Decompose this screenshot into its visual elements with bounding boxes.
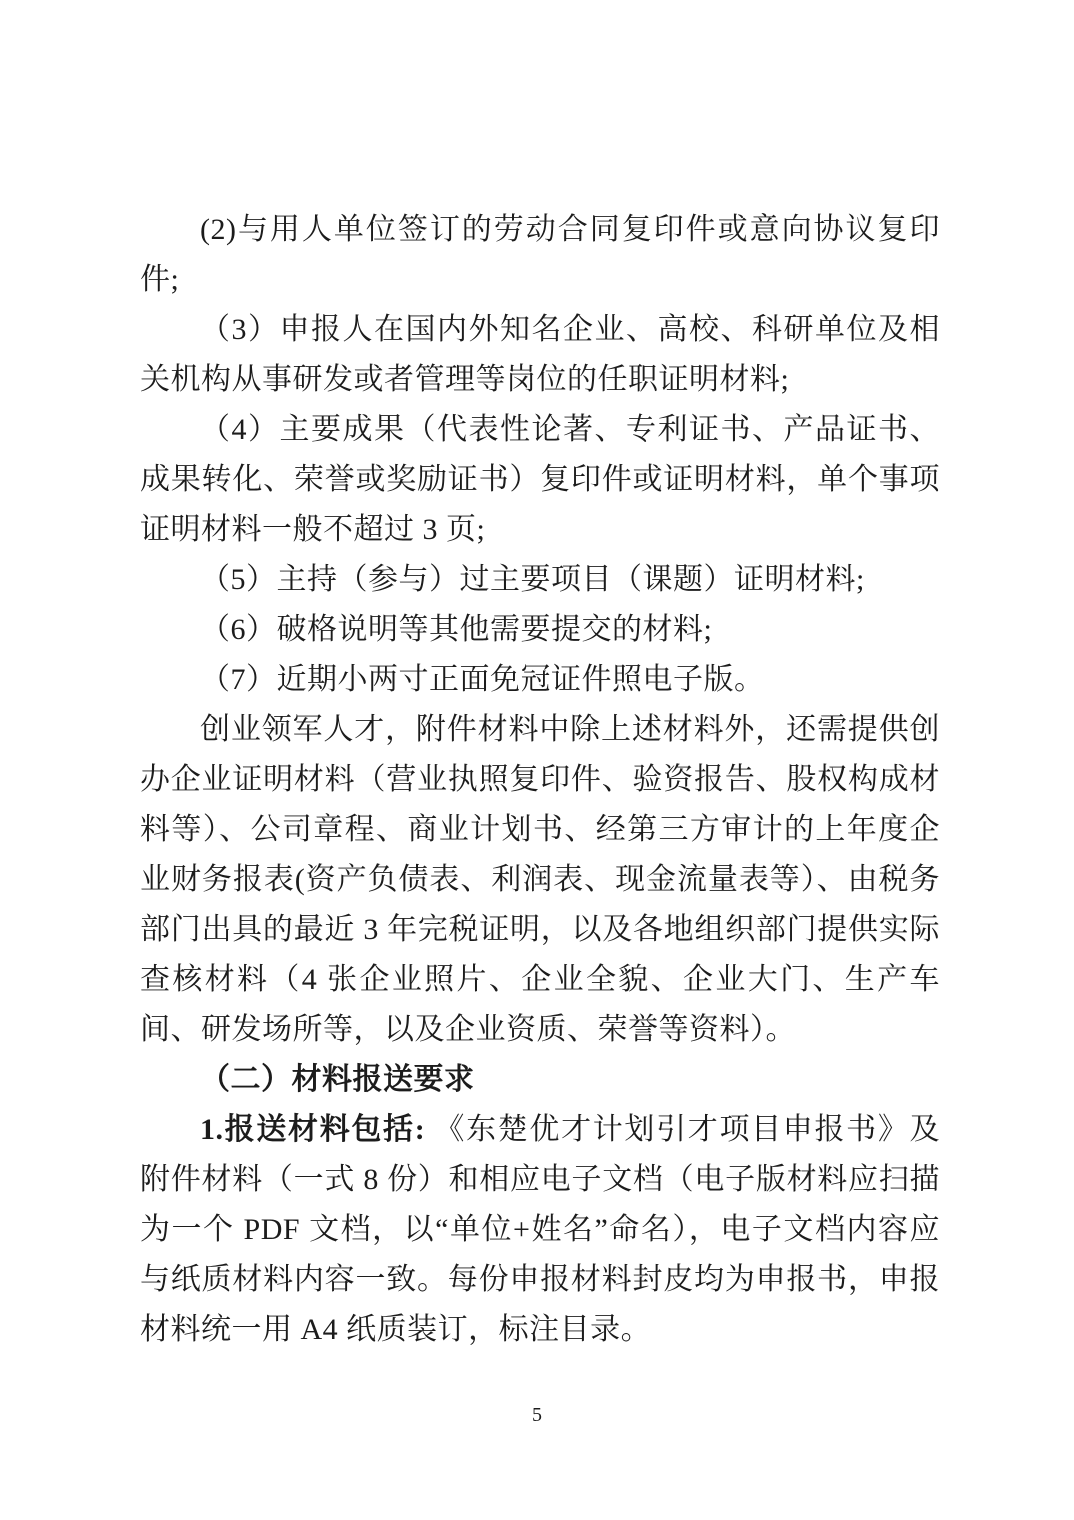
list-item-7: （7）近期小两寸正面免冠证件照电子版。 bbox=[140, 655, 940, 705]
document-page: (2)与用人单位签订的劳动合同复印件或意向协议复印件;（3）申报人在国内外知名企… bbox=[0, 0, 1074, 1520]
text-segment: （3）申报人在国内外知名企业、高校、科研单位及相关机构从事研发或者管理等岗位的任… bbox=[140, 313, 940, 396]
text-segment: 《东楚优才计划引才项目申报书》及附件材料（一式 8 份）和相应电子文档（电子版材… bbox=[140, 1113, 940, 1346]
heading-section-2-material-submission-requirements: （二）材料报送要求 bbox=[140, 1055, 940, 1105]
text-segment: (2)与用人单位签订的劳动合同复印件或意向协议复印件; bbox=[140, 213, 940, 296]
para-submission-materials: 1.报送材料包括: 《东楚优才计划引才项目申报书》及附件材料（一式 8 份）和相… bbox=[140, 1105, 940, 1355]
list-item-4: （4）主要成果（代表性论著、专利证书、产品证书、成果转化、荣誉或奖励证书）复印件… bbox=[140, 405, 940, 555]
text-segment: （7）近期小两寸正面免冠证件照电子版。 bbox=[200, 663, 765, 696]
bold-text-segment: （二）材料报送要求 bbox=[200, 1063, 475, 1096]
text-segment: （6）破格说明等其他需要提交的材料; bbox=[200, 613, 712, 646]
document-body: (2)与用人单位签订的劳动合同复印件或意向协议复印件;（3）申报人在国内外知名企… bbox=[140, 205, 940, 1355]
text-segment: 创业领军人才，附件材料中除上述材料外，还需提供创办企业证明材料（营业执照复印件、… bbox=[140, 713, 940, 1046]
bold-text-segment: 1.报送材料包括: bbox=[200, 1113, 434, 1146]
list-item-6: （6）破格说明等其他需要提交的材料; bbox=[140, 605, 940, 655]
page-number: 5 bbox=[0, 1402, 1074, 1428]
text-segment: （4）主要成果（代表性论著、专利证书、产品证书、成果转化、荣誉或奖励证书）复印件… bbox=[140, 413, 940, 546]
list-item-3: （3）申报人在国内外知名企业、高校、科研单位及相关机构从事研发或者管理等岗位的任… bbox=[140, 305, 940, 405]
text-segment: （5）主持（参与）过主要项目（课题）证明材料; bbox=[200, 563, 865, 596]
list-item-2: (2)与用人单位签订的劳动合同复印件或意向协议复印件; bbox=[140, 205, 940, 305]
list-item-5: （5）主持（参与）过主要项目（课题）证明材料; bbox=[140, 555, 940, 605]
para-startup-leader-materials: 创业领军人才，附件材料中除上述材料外，还需提供创办企业证明材料（营业执照复印件、… bbox=[140, 705, 940, 1055]
